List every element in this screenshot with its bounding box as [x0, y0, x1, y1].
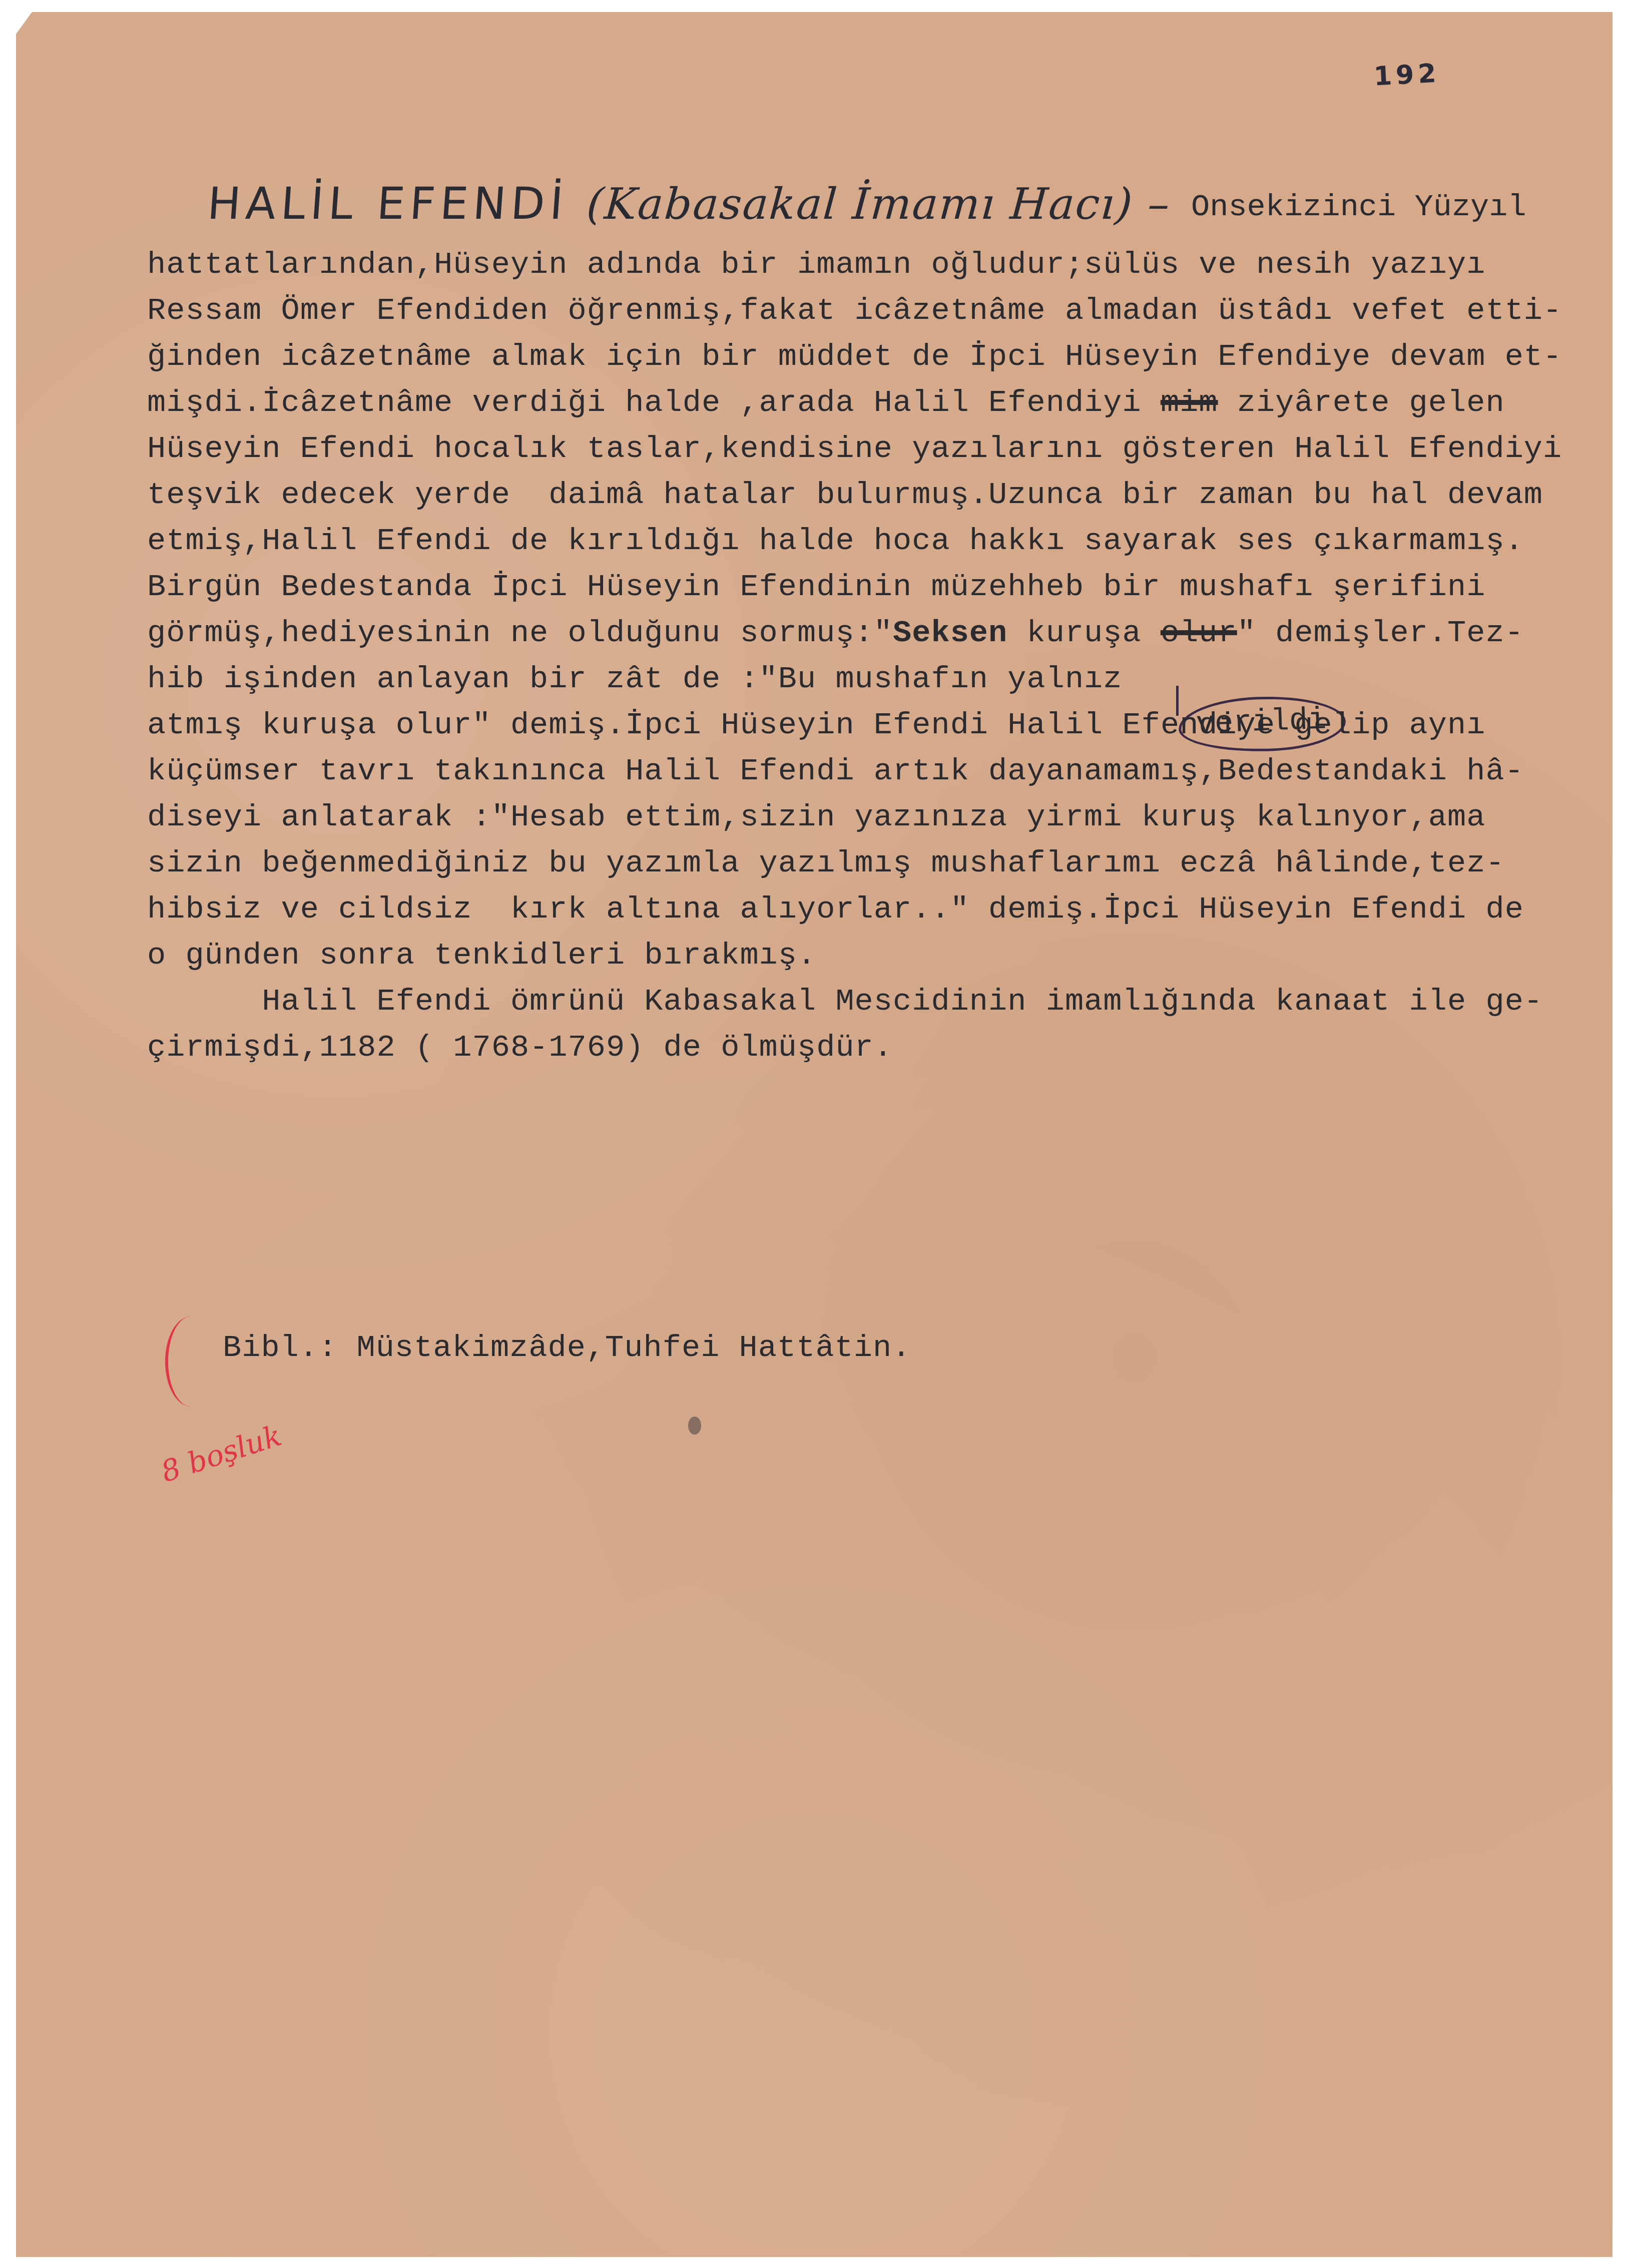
- body-line-1: hattatlarından,Hüseyin adında bir imamın…: [147, 249, 1608, 280]
- body-line-9: görmüş,hediyesinin ne olduğunu sormuş:"S…: [147, 618, 1608, 649]
- body-line-6: teşvik edecek yerde daimâ hatalar bulurm…: [147, 480, 1608, 511]
- line-4-text: mişdi.İcâzetnâme verdiği halde ,arada Ha…: [147, 385, 1142, 420]
- body-line-4: mişdi.İcâzetnâme verdiği halde ,arada Ha…: [147, 387, 1608, 418]
- body-line-16: o günden sonra tenkidleri bırakmış.: [147, 940, 1608, 971]
- page-number: 192: [1373, 59, 1441, 92]
- body-line-7: etmiş,Halil Efendi de kırıldığı halde ho…: [147, 526, 1608, 557]
- heading-alias: (Kabasakal İmamı Hacı) –: [585, 179, 1172, 229]
- struck-word-olur: olur: [1161, 615, 1237, 651]
- heading-name: HALİL EFENDİ: [206, 178, 570, 229]
- body-line-15: hibsiz ve cildsiz kırk altına alıyorlar.…: [147, 894, 1608, 925]
- body-line-17: Halil Efendi ömrünü Kabasakal Mescidinin…: [147, 986, 1608, 1017]
- body-line-14: sizin beğenmediğiniz bu yazımla yazılmış…: [147, 848, 1608, 879]
- struck-word: mim: [1161, 385, 1218, 420]
- bibliography: Bibl.: Müstakimzâde,Tuhfei Hattâtin.: [223, 1332, 1627, 1364]
- body-line-2: Ressam Ömer Efendiden öğrenmiş,fakat icâ…: [147, 295, 1608, 326]
- body-line-8: Birgün Bedestanda İpci Hüseyin Efendinin…: [147, 572, 1608, 603]
- body-line-13: diseyi anlatarak :"Hesab ettim,sizin yaz…: [147, 802, 1608, 833]
- line-9-mid: kuruşa: [1007, 615, 1161, 651]
- handwritten-heading: HALİL EFENDİ (Kabasakal İmamı Hacı) –: [206, 178, 1172, 229]
- body-line-5: Hüseyin Efendi hocalık taslar,kendisine …: [147, 433, 1608, 465]
- heading-typed-continuation: Onsekizinci Yüzyıl: [1191, 189, 1526, 225]
- body-line-10: hib işinden anlayan bir zât de :"Bu mush…: [147, 664, 1608, 695]
- overtyped-word: Seksen: [893, 615, 1007, 651]
- body-line-18: çirmişdi,1182 ( 1768-1769) de ölmüşdür.: [147, 1032, 1608, 1063]
- line-9-text: görmüş,hediyesinin ne olduğunu sormuş:": [147, 615, 893, 651]
- body-line-3: ğinden icâzetnâme almak için bir müddet …: [147, 341, 1608, 372]
- line-4-tail: ziyârete gelen: [1218, 385, 1505, 420]
- ink-stain: [688, 1417, 701, 1435]
- body-line-12: küçümser tavrı takınınca Halil Efendi ar…: [147, 756, 1608, 787]
- body-line-11: atmış kuruşa olur" demiş.İpci Hüseyin Ef…: [147, 710, 1608, 741]
- line-9-tail: " demişler.Tez-: [1237, 615, 1524, 651]
